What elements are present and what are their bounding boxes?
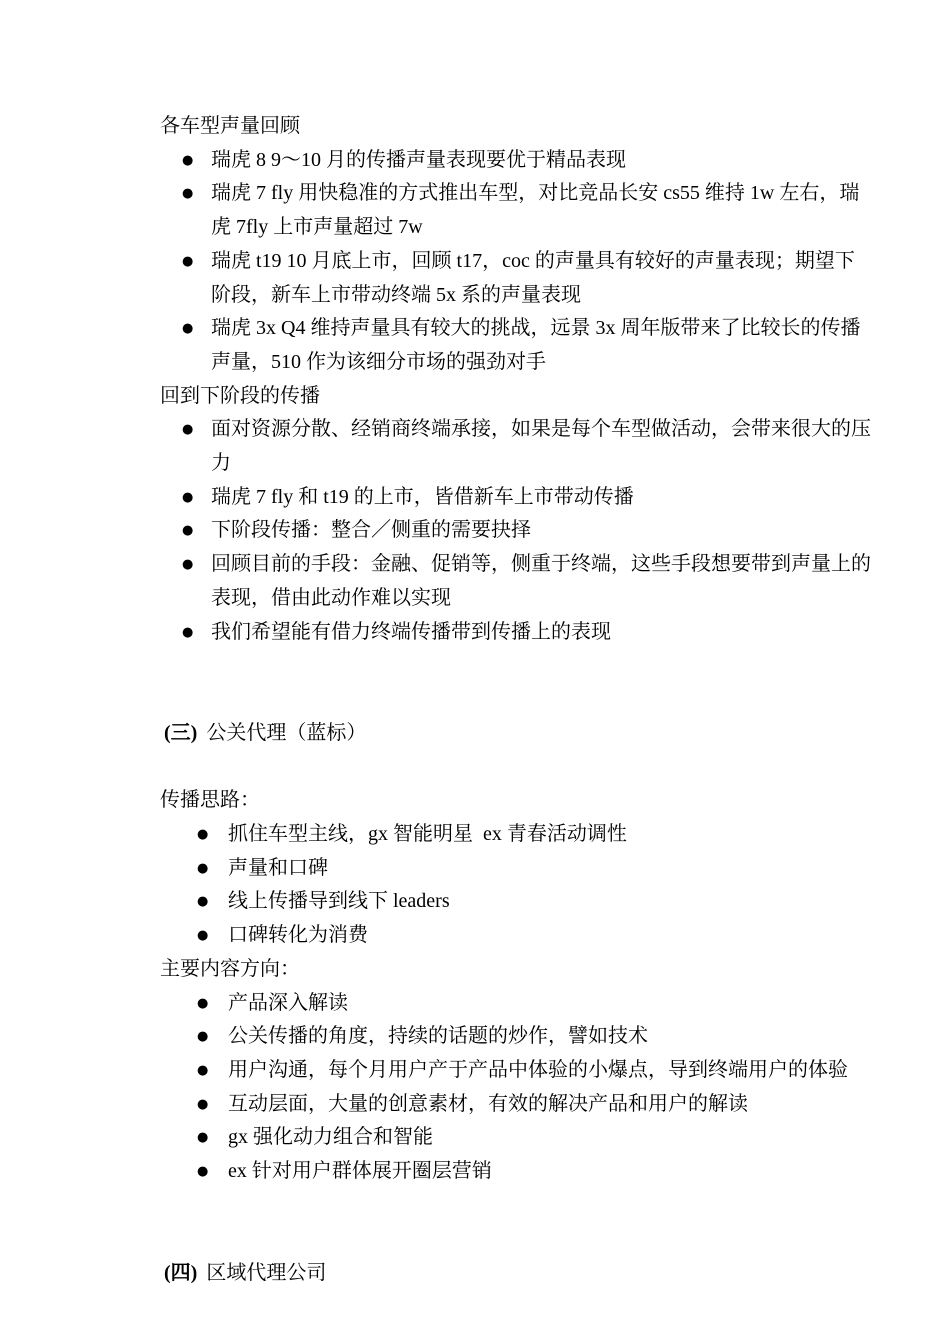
section-pr-heading: (三)公关代理（蓝标） <box>144 683 910 784</box>
bullet-icon: ● <box>182 413 211 447</box>
list-item: ● 声量和口碑 <box>197 852 910 886</box>
list-item-text: ex 针对用户群体展开圈层营销 <box>228 1155 492 1189</box>
list-item: ● 口碑转化为消费 <box>197 919 910 953</box>
list-item: ● gx 强化动力组合和智能 <box>197 1121 910 1155</box>
bullet-icon: ● <box>182 144 211 178</box>
heading-next-phase: 回到下阶段的传播 <box>160 380 910 414</box>
list-item: ● 互动层面，大量的创意素材，有效的解决产品和用户的解读 <box>197 1088 910 1122</box>
list-item-text: 瑞虎 3x Q4 维持声量具有较大的挑战，远景 3x 周年版带来了比较长的传播 … <box>211 312 860 379</box>
list-item-text: 互动层面，大量的创意素材，有效的解决产品和用户的解读 <box>228 1088 748 1122</box>
bullet-icon: ● <box>197 1054 228 1088</box>
bullet-icon: ● <box>182 481 211 515</box>
list-item: ● 线上传播导到线下 leaders <box>197 885 910 919</box>
list-item: ● ex 针对用户群体展开圈层营销 <box>197 1155 910 1189</box>
bullet-icon: ● <box>197 987 228 1021</box>
list-item-text: 回顾目前的手段：金融、促销等，侧重于终端，这些手段想要带到声量上的 表现，借由此… <box>211 548 871 615</box>
section-number: (三) <box>164 722 197 744</box>
list-item: ● 下阶段传播：整合／侧重的需要抉择 <box>182 514 910 548</box>
voice-review-list: ● 瑞虎 8 9～10 月的传播声量表现要优于精品表现 ● 瑞虎 7 fly 用… <box>182 144 910 380</box>
list-item-text: 瑞虎 7 fly 和 t19 的上市，皆借新车上市带动传播 <box>211 481 634 515</box>
list-item-text: 下阶段传播：整合／侧重的需要抉择 <box>211 514 531 548</box>
list-item-text: 瑞虎 7 fly 用快稳准的方式推出车型，对比竞品长安 cs55 维持 1w 左… <box>211 177 859 244</box>
list-item-text: gx 强化动力组合和智能 <box>228 1121 433 1155</box>
idea-list: ● 抓住车型主线，gx 智能明星 ex 青春活动调性 ● 声量和口碑 ● 线上传… <box>197 818 910 953</box>
list-item-text: 我们希望能有借力终端传播带到传播上的表现 <box>211 616 611 650</box>
next-phase-list: ● 面对资源分散、经销商终端承接，如果是每个车型做活动，会带来很大的压 力 ● … <box>182 413 910 649</box>
bullet-icon: ● <box>182 514 211 548</box>
list-item-text: 瑞虎 8 9～10 月的传播声量表现要优于精品表现 <box>211 144 626 178</box>
list-item: ● 用户沟通，每个月用户产于产品中体验的小爆点，导到终端用户的体验 <box>197 1054 910 1088</box>
bullet-icon: ● <box>197 1020 228 1054</box>
list-item-text: 瑞虎 t19 10 月底上市，回顾 t17，coc 的声量具有较好的声量表现；期… <box>211 245 855 312</box>
bullet-icon: ● <box>197 852 228 886</box>
list-item: ● 瑞虎 t19 10 月底上市，回顾 t17，coc 的声量具有较好的声量表现… <box>182 245 910 312</box>
bullet-icon: ● <box>197 1121 228 1155</box>
list-item: ● 公关传播的角度，持续的话题的炒作，譬如技术 <box>197 1020 910 1054</box>
section-title: 区域代理公司 <box>206 1262 326 1284</box>
list-item-text: 面对资源分散、经销商终端承接，如果是每个车型做活动，会带来很大的压 力 <box>211 413 871 480</box>
bullet-icon: ● <box>182 312 211 346</box>
list-item-text: 线上传播导到线下 leaders <box>228 885 450 919</box>
list-item: ● 我们希望能有借力终端传播带到传播上的表现 <box>182 616 910 650</box>
list-item-text: 产品深入解读 <box>228 987 348 1021</box>
heading-direction: 主要内容方向： <box>160 953 910 987</box>
list-item-text: 公关传播的角度，持续的话题的炒作，譬如技术 <box>228 1020 648 1054</box>
list-item-text: 声量和口碑 <box>228 852 328 886</box>
bullet-icon: ● <box>197 818 228 852</box>
list-item: ● 瑞虎 7 fly 用快稳准的方式推出车型，对比竞品长安 cs55 维持 1w… <box>182 177 910 244</box>
list-item: ● 面对资源分散、经销商终端承接，如果是每个车型做活动，会带来很大的压 力 <box>182 413 910 480</box>
bullet-icon: ● <box>197 1088 228 1122</box>
list-item: ● 产品深入解读 <box>197 987 910 1021</box>
section-regional-heading: (四)区域代理公司 <box>144 1223 910 1324</box>
list-item-text: 口碑转化为消费 <box>228 919 368 953</box>
bullet-icon: ● <box>182 177 211 211</box>
heading-voice-review: 各车型声量回顾 <box>160 110 910 144</box>
list-item: ● 瑞虎 8 9～10 月的传播声量表现要优于精品表现 <box>182 144 910 178</box>
document-page: 各车型声量回顾 ● 瑞虎 8 9～10 月的传播声量表现要优于精品表现 ● 瑞虎… <box>0 0 950 1344</box>
bullet-icon: ● <box>197 1155 228 1189</box>
list-item: ● 抓住车型主线，gx 智能明星 ex 青春活动调性 <box>197 818 910 852</box>
bullet-icon: ● <box>197 919 228 953</box>
bullet-icon: ● <box>197 885 228 919</box>
bullet-icon: ● <box>182 616 211 650</box>
list-item: ● 回顾目前的手段：金融、促销等，侧重于终端，这些手段想要带到声量上的 表现，借… <box>182 548 910 615</box>
bullet-icon: ● <box>182 548 211 582</box>
list-item-text: 抓住车型主线，gx 智能明星 ex 青春活动调性 <box>228 818 627 852</box>
list-item: ● 瑞虎 3x Q4 维持声量具有较大的挑战，远景 3x 周年版带来了比较长的传… <box>182 312 910 379</box>
list-item: ● 瑞虎 7 fly 和 t19 的上市，皆借新车上市带动传播 <box>182 481 910 515</box>
bullet-icon: ● <box>182 245 211 279</box>
section-number: (四) <box>164 1262 197 1284</box>
list-item-text: 用户沟通，每个月用户产于产品中体验的小爆点，导到终端用户的体验 <box>228 1054 848 1088</box>
direction-list: ● 产品深入解读 ● 公关传播的角度，持续的话题的炒作，譬如技术 ● 用户沟通，… <box>197 987 910 1189</box>
section-title: 公关代理（蓝标） <box>206 722 366 744</box>
heading-idea: 传播思路： <box>160 784 910 818</box>
